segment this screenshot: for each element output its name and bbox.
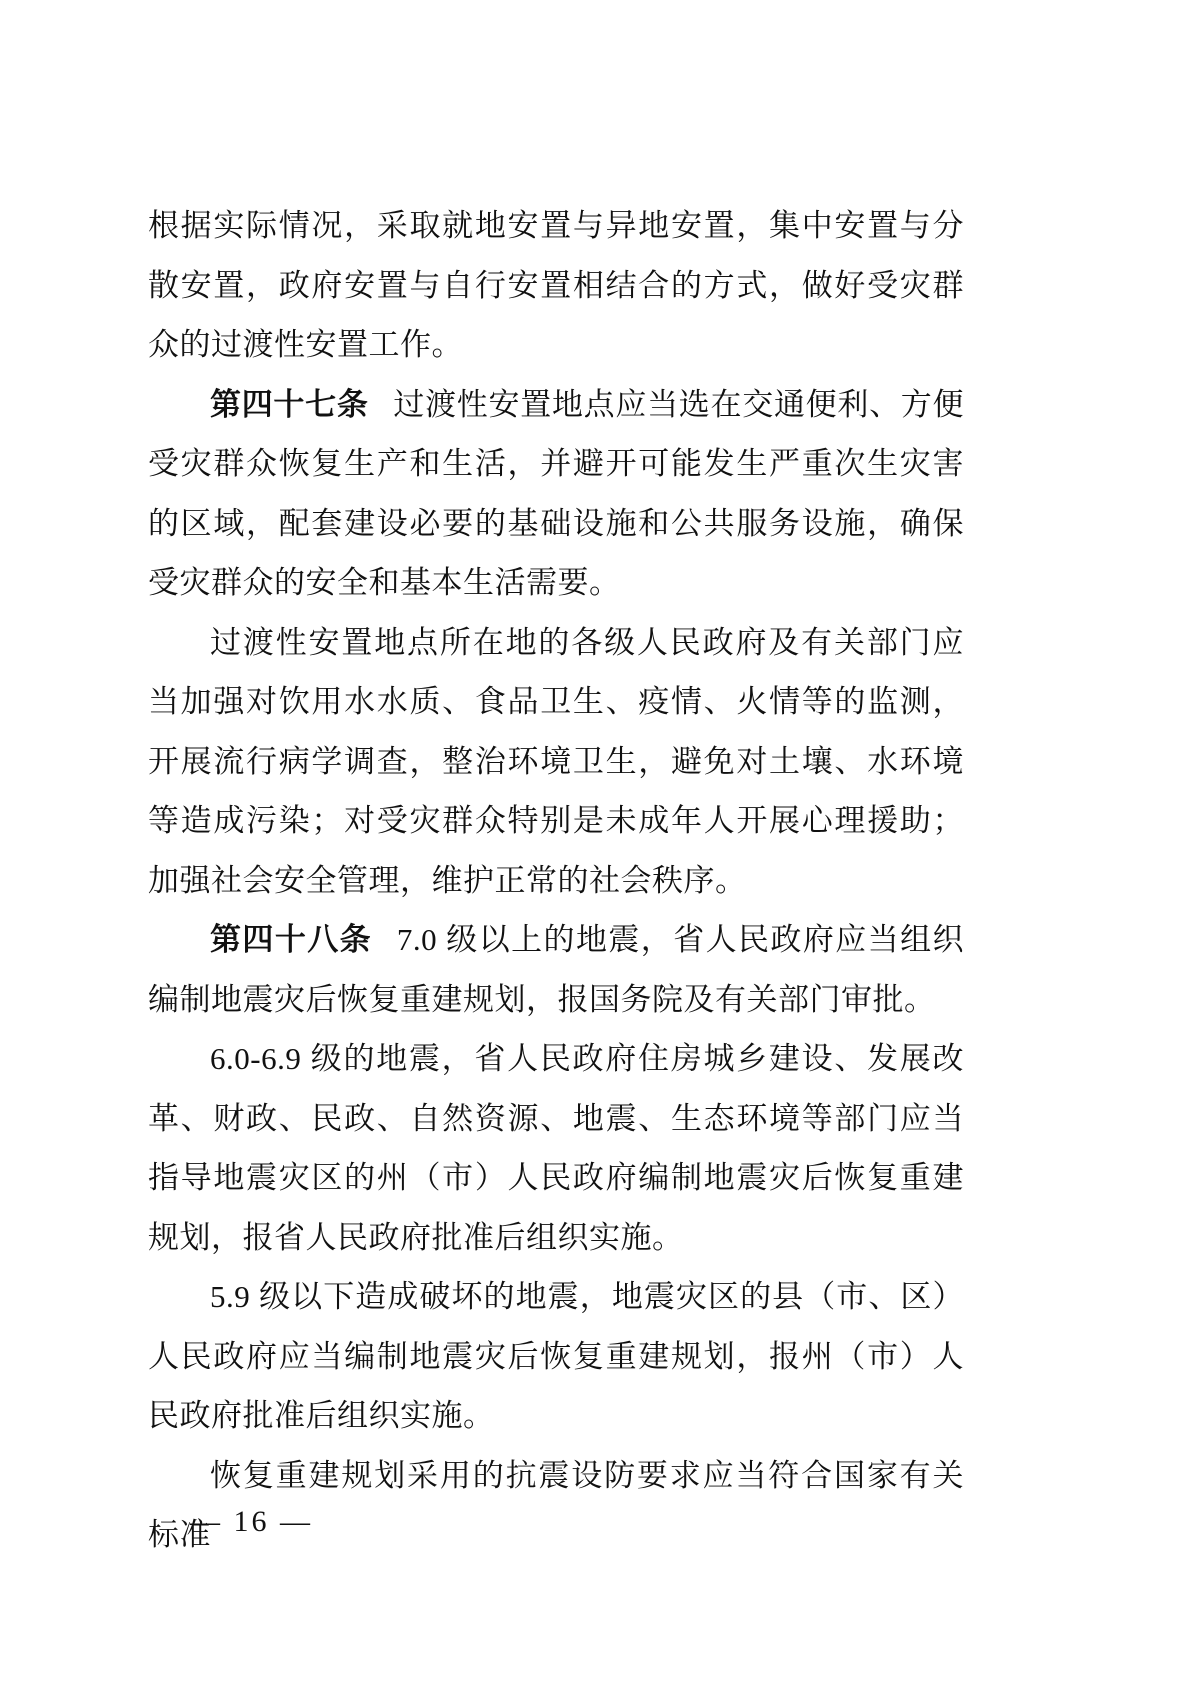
paragraph-text: 6.0-6.9 级的地震，省人民政府住房城乡建设、发展改革、财政、民政、自然资源… — [148, 1041, 964, 1255]
document-page: 根据实际情况，采取就地安置与异地安置，集中安置与分散安置，政府安置与自行安置相结… — [0, 0, 1191, 1684]
paragraph-text: 5.9 级以下造成破坏的地震，地震灾区的县（市、区）人民政府应当编制地震灾后恢复… — [148, 1279, 964, 1433]
page-number-text: — 16 — — [190, 1505, 313, 1538]
article-48-heading: 第四十八条 — [210, 922, 372, 957]
document-body: 根据实际情况，采取就地安置与异地安置，集中安置与分散安置，政府安置与自行安置相结… — [148, 196, 964, 1565]
paragraph: 根据实际情况，采取就地安置与异地安置，集中安置与分散安置，政府安置与自行安置相结… — [148, 196, 964, 375]
page-number: — 16 — — [190, 1505, 313, 1539]
paragraph: 6.0-6.9 级的地震，省人民政府住房城乡建设、发展改革、财政、民政、自然资源… — [148, 1029, 964, 1267]
paragraph: 第四十七条过渡性安置地点应当选在交通便利、方便受灾群众恢复生产和生活，并避开可能… — [148, 375, 964, 613]
paragraph-text: 根据实际情况，采取就地安置与异地安置，集中安置与分散安置，政府安置与自行安置相结… — [148, 208, 964, 362]
paragraph: 第四十八条7.0 级以上的地震，省人民政府应当组织编制地震灾后恢复重建规划，报国… — [148, 910, 964, 1029]
paragraph: 过渡性安置地点所在地的各级人民政府及有关部门应当加强对饮用水水质、食品卫生、疫情… — [148, 613, 964, 911]
article-47-heading: 第四十七条 — [210, 387, 369, 422]
paragraph-text: 过渡性安置地点所在地的各级人民政府及有关部门应当加强对饮用水水质、食品卫生、疫情… — [148, 625, 964, 898]
paragraph: 5.9 级以下造成破坏的地震，地震灾区的县（市、区）人民政府应当编制地震灾后恢复… — [148, 1267, 964, 1446]
